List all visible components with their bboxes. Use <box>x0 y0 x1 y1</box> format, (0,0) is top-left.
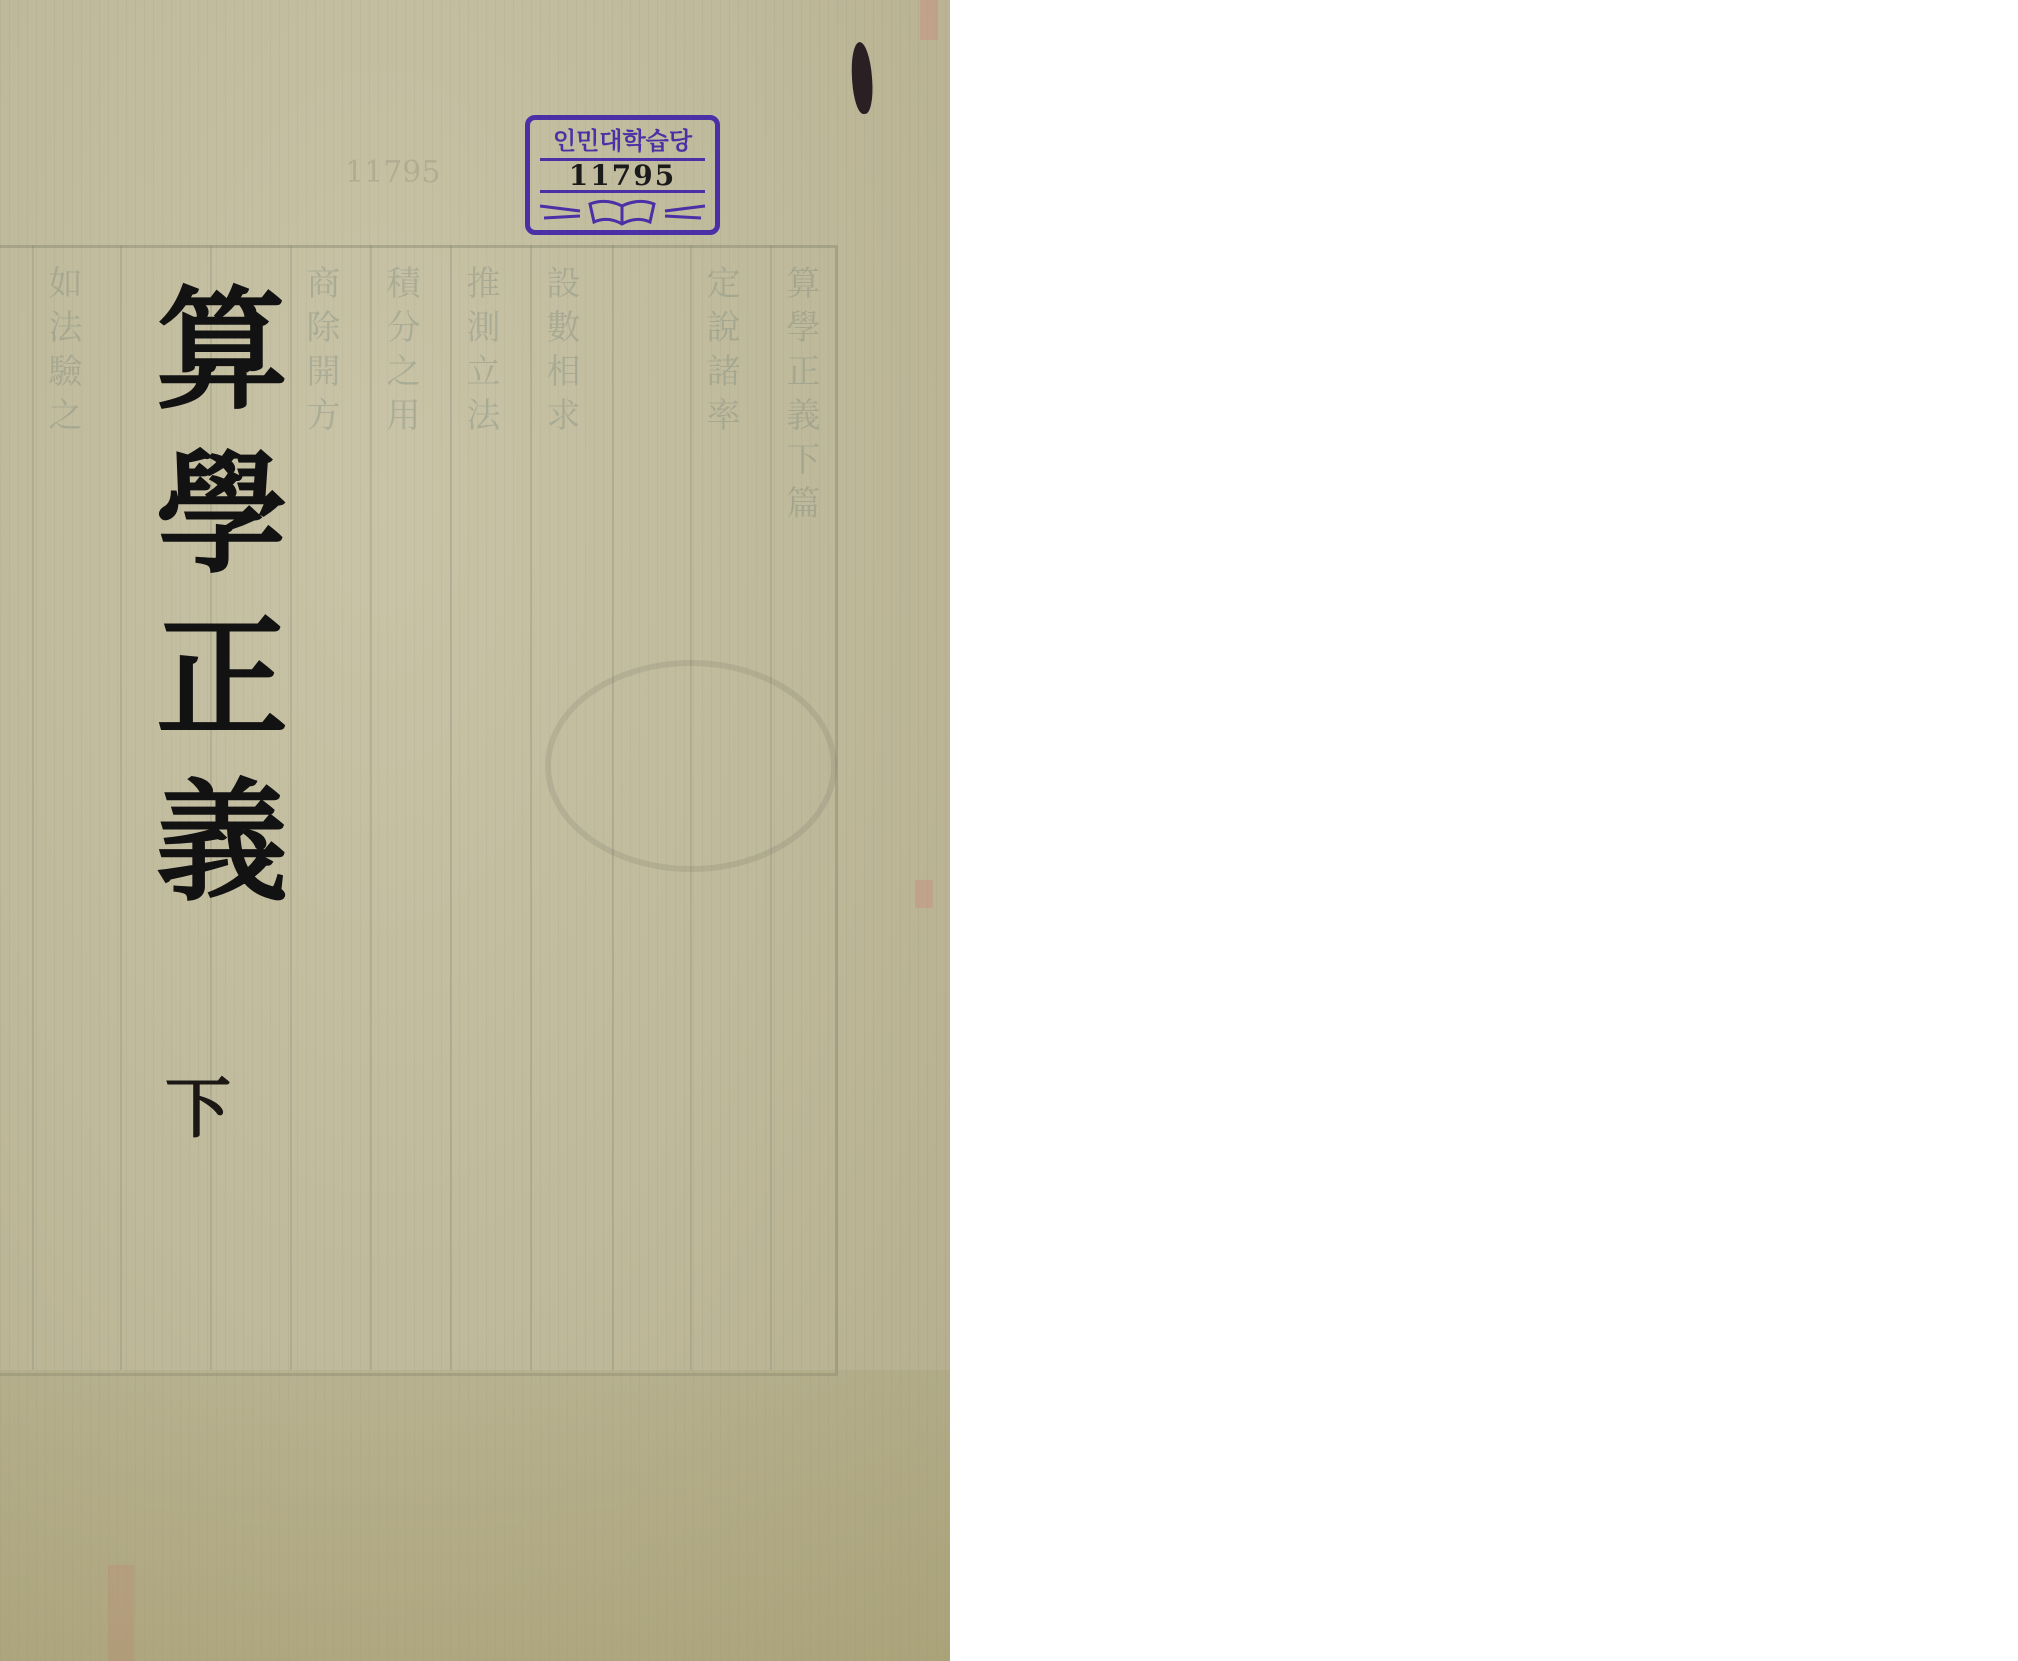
column-rule <box>370 245 372 1370</box>
open-book-icon <box>530 194 715 228</box>
bleed-through-column: 推測立法 <box>460 265 500 441</box>
book-cover-page: 如法驗之 商除開方 積分之用 推測立法 設數相求 定說諸率 算學正義下篇 117… <box>0 0 950 1661</box>
bleed-through-column: 算學正義下篇 <box>780 265 820 529</box>
edge-stain <box>920 0 938 40</box>
pencil-catalog-number: 11795 <box>345 155 440 190</box>
bleed-through-column: 設數相求 <box>540 265 580 441</box>
paper-blemish <box>850 41 875 114</box>
bleed-through-seal <box>545 660 837 872</box>
column-rule <box>450 245 452 1370</box>
column-rule <box>530 245 532 1370</box>
edge-stain <box>915 880 933 908</box>
book-title: 算學正義 <box>115 280 305 936</box>
bleed-through-column: 如法驗之 <box>42 265 82 441</box>
library-stamp: 인민대학습당 11795 <box>525 115 720 235</box>
stamp-catalog-number: 11795 <box>540 160 705 193</box>
bleed-through-column: 商除開方 <box>300 265 340 441</box>
bleed-through-column: 定說諸率 <box>700 265 740 441</box>
volume-label: 下 <box>165 1055 231 1150</box>
bleed-through-column: 積分之用 <box>380 265 420 441</box>
stamp-institution: 인민대학습당 <box>540 124 705 161</box>
edge-stain <box>108 1565 134 1661</box>
column-rule <box>32 245 34 1370</box>
